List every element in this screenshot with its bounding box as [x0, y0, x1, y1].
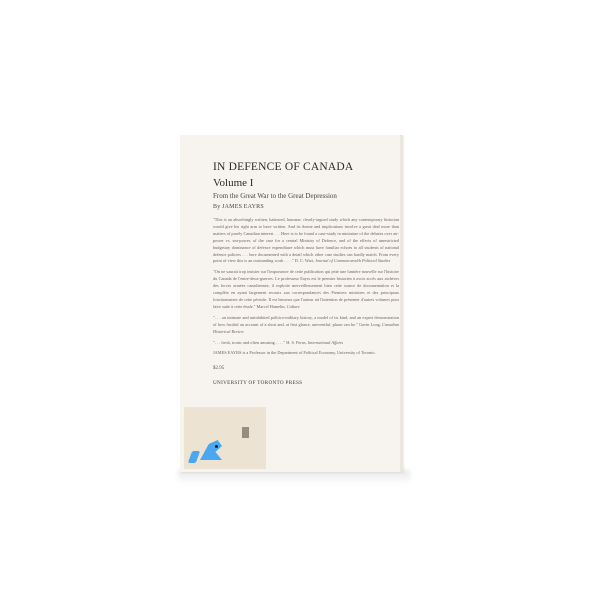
book-author: By JAMES EAYRS: [213, 204, 399, 210]
book-volume: Volume I: [213, 177, 399, 189]
book-shadow: [178, 470, 410, 484]
book-title: IN DEFENCE OF CANADA: [213, 161, 399, 173]
blue-marking-dot: [215, 445, 218, 448]
publisher-name: UNIVERSITY OF TORONTO PRESS: [213, 380, 399, 386]
review-quote: "This is an absorbingly written, balance…: [213, 217, 399, 265]
review-quote: ". . . fresh, ironic and often amusing .…: [213, 340, 399, 347]
sticker-tear: [242, 427, 249, 438]
book-subtitle: From the Great War to the Great Depressi…: [213, 192, 399, 200]
review-quote: "On ne saurait trop insister sur l'impor…: [213, 269, 399, 310]
cover-text: IN DEFENCE OF CANADA Volume I From the G…: [213, 161, 399, 386]
review-quote: ". . . an intimate and uninhibited polit…: [213, 315, 399, 336]
book-back-cover: IN DEFENCE OF CANADA Volume I From the G…: [180, 135, 403, 472]
author-bio: JAMES EAYRS is a Professor in the Depart…: [213, 350, 399, 356]
price-label: $2.95: [213, 366, 399, 371]
